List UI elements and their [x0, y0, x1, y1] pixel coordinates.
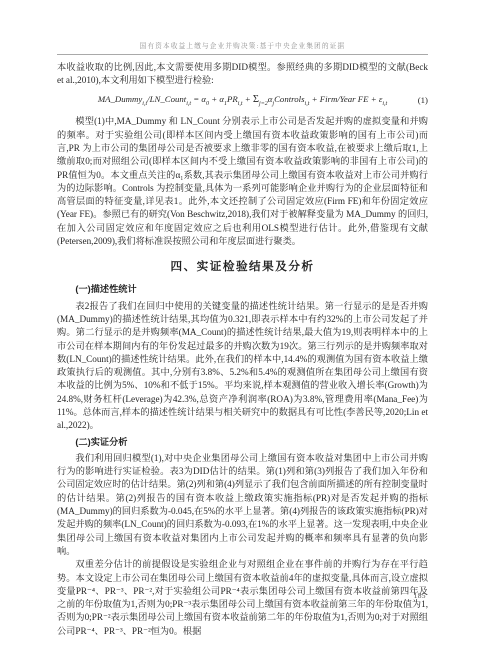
paragraph-model-intro: 本收益收取的比例,因此,本文需要使用多期DID模型。参照经典的多期DID模型的文…: [57, 61, 428, 88]
page-number: 185: [414, 592, 426, 600]
page-header: 国有资本收益上缴与企业并购决策:基于中央企业集团的证据: [57, 40, 428, 55]
paragraph-did-results: 我们利用回归模型(1),对中央企业集团母公司上缴国有资本收益对集团中上市公司并购…: [57, 452, 428, 558]
paragraph-parallel-trends: 双重差分估计的前提假设是实验组企业与对照组企业在事件前的并购行为存在平行趋势。本…: [57, 558, 428, 638]
equation-term: + Firm/Year FE + ε: [309, 94, 382, 104]
equation-term: /LN_Count: [147, 94, 186, 104]
equation-term: MA_Dummy: [98, 94, 142, 104]
equation-term: +: [243, 94, 253, 104]
subsection-empirical-analysis: (二)实证分析: [57, 436, 428, 449]
paragraph-model-explanation: 模型(1)中,MA_Dummy 和 LN_Count 分别表示上市公司是否发起并…: [57, 115, 428, 248]
page-content: 本收益收取的比例,因此,本文需要使用多期DID模型。参照经典的多期DID模型的文…: [57, 61, 428, 638]
header-rule: [57, 54, 428, 55]
equation-subscript: j=2: [259, 100, 268, 106]
document-page: 国有资本收益上缴与企业并购决策:基于中央企业集团的证据 本收益收取的比例,因此,…: [0, 0, 480, 647]
equation-subscript: i,t: [382, 100, 387, 106]
equation-term: Controls: [274, 94, 304, 104]
equation-1: MA_Dummyi,t/LN_Counti,t = α0 + α1PRi,t +…: [57, 92, 428, 111]
equation-body: MA_Dummyi,t/LN_Counti,t = α0 + α1PRi,t +…: [98, 94, 387, 104]
equation-term: + α: [209, 94, 224, 104]
equation-number: (1): [418, 93, 428, 107]
equation-term: = α: [191, 94, 206, 104]
subsection-descriptive-stats: (一)描述性统计: [57, 283, 428, 296]
paragraph-descriptive-stats: 表2报告了我们在回归中使用的关键变量的描述性统计结果。第一行显示的是是否并购(M…: [57, 300, 428, 433]
section-heading: 四、实证检验结果及分析: [57, 258, 428, 274]
equation-term: PR: [227, 94, 238, 104]
running-title: 国有资本收益上缴与企业并购决策:基于中央企业集团的证据: [57, 40, 428, 50]
